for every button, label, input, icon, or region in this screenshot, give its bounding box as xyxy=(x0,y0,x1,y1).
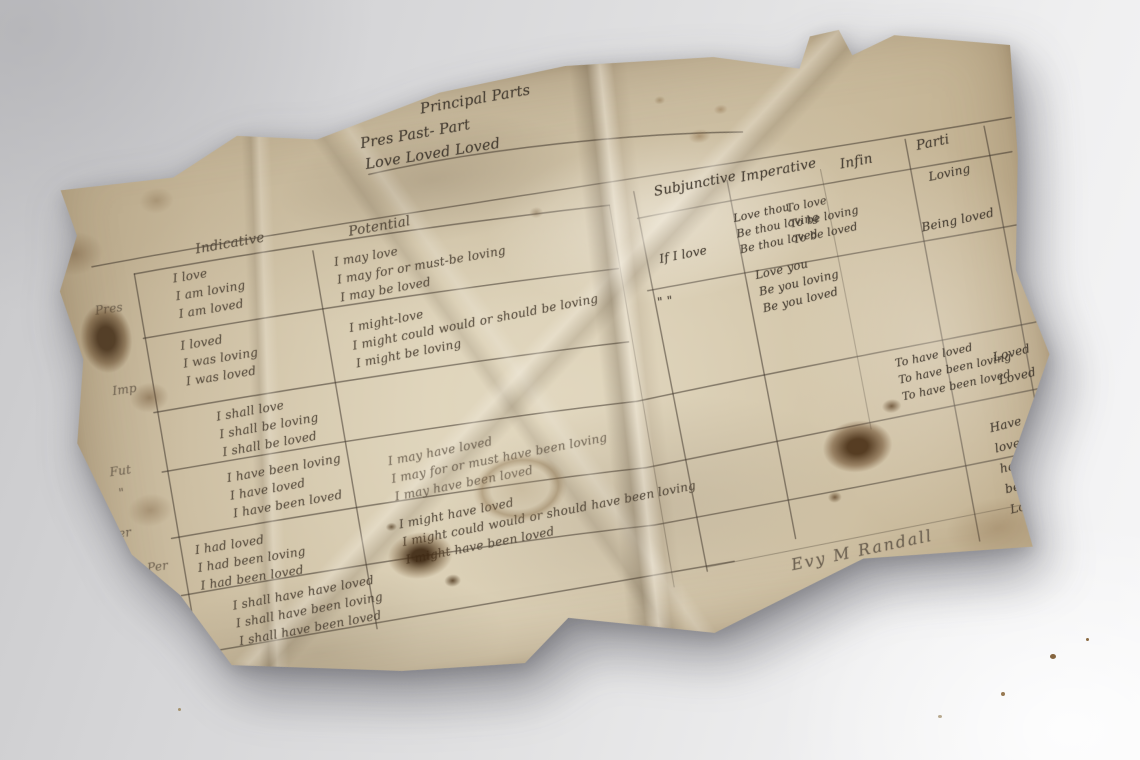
paper-sheet: Principal Parts Pres Past- Part Love Lov… xyxy=(29,4,1086,723)
subjunctive-ditto: " " xyxy=(656,291,674,311)
indicative-present: I love I am loving I am loved xyxy=(171,258,249,323)
dirt-speck xyxy=(178,708,181,711)
margin-label-per: Per xyxy=(109,523,132,544)
dirt-speck xyxy=(1086,638,1089,641)
margin-label-imp: Imp xyxy=(111,379,138,400)
grid-line xyxy=(984,124,1044,453)
dirt-speck xyxy=(938,715,942,718)
dirt-speck xyxy=(862,742,866,746)
dirt-speck xyxy=(1001,692,1005,696)
margin-label-fut: Fut xyxy=(108,460,132,481)
margin-label-pres: Pres xyxy=(94,298,124,320)
dirt-speck xyxy=(1050,654,1056,659)
margin-label-ditto-2: " xyxy=(125,654,133,673)
paper-wrapper: Principal Parts Pres Past- Part Love Lov… xyxy=(29,4,1086,723)
margin-label-2nd: 2nd xyxy=(114,631,140,652)
photo-of-handwritten-conjugation-chart: Principal Parts Pres Past- Part Love Lov… xyxy=(0,0,1140,760)
